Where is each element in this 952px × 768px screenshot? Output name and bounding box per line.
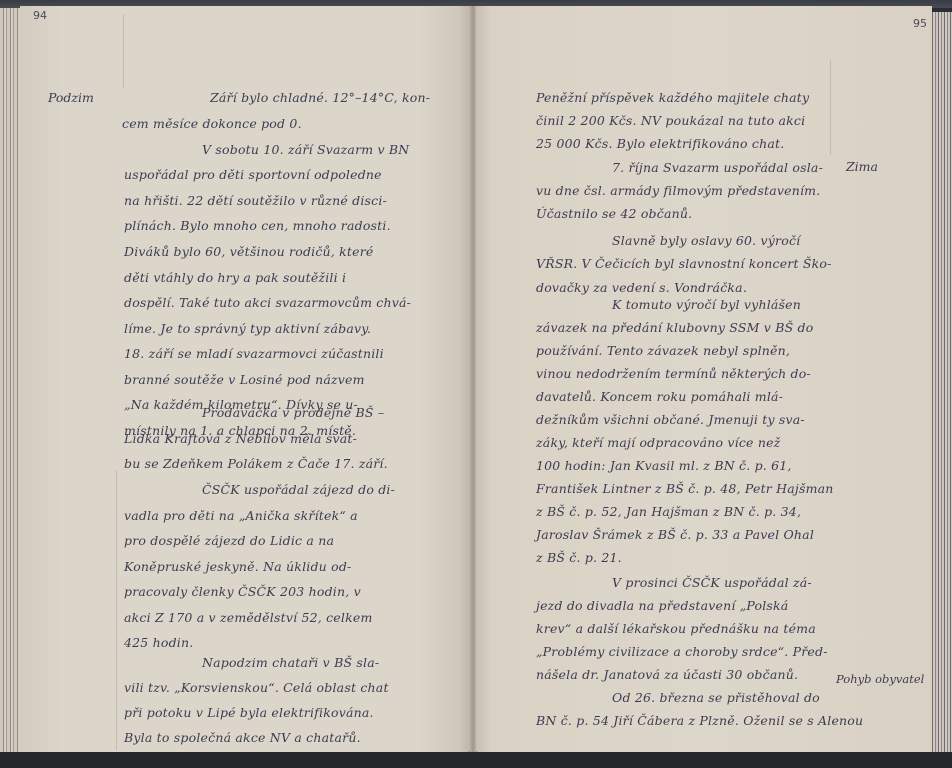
text-line: cem měsíce dokonce pod 0. <box>122 116 302 131</box>
text-line: bu se Zdeňkem Polákem z Čače 17. září. <box>124 456 388 471</box>
text-line: závazek na předání klubovny SSM v BŠ do <box>536 320 813 335</box>
text-line: „Problémy civilizace a choroby srdce“. P… <box>536 644 828 659</box>
text-line: jezd do divadla na představení „Polská <box>536 598 788 613</box>
text-line: dežníkům všichni občané. Jmenuji ty sva- <box>536 412 805 427</box>
text-line: V prosinci ČSČK uspořádal zá- <box>612 575 812 590</box>
text-line: Od 26. března se přistěhoval do <box>612 690 820 705</box>
text-line: Peněžní příspěvek každého majitele chaty <box>536 90 809 105</box>
book-cover-bottom <box>0 752 952 768</box>
text-line: vili tzv. „Korsvienskou“. Celá oblast ch… <box>124 680 389 695</box>
text-line: krev“ a další lékařskou přednášku na tém… <box>536 621 816 636</box>
text-line: Prodavačka v prodejně BŠ – <box>202 405 384 420</box>
text-line: vadla pro děti na „Anička skřítek“ a <box>124 508 358 523</box>
text-line: dospělí. Také tuto akci svazarmovcům chv… <box>124 295 411 310</box>
text-line: z BŠ č. p. 21. <box>536 550 622 565</box>
text-line: pro dospělé zájezd do Lidic a na <box>124 533 334 548</box>
text-line: 425 hodin. <box>124 635 193 650</box>
text-line: VŘSR. V Čečicích byl slavnostní koncert … <box>536 256 832 271</box>
text-line: plínách. Bylo mnoho cen, mnoho radosti. <box>124 218 391 233</box>
text-line: vu dne čsl. armády filmovým představením… <box>536 183 820 198</box>
text-line: Napodzim chataři v BŠ sla- <box>202 655 379 670</box>
book-gutter <box>470 6 476 752</box>
margin-note-autumn: Podzim <box>48 90 94 105</box>
margin-note-winter: Zima <box>846 159 878 174</box>
margin-note-population-movement: Pohyb obyvatel <box>836 672 924 686</box>
text-line: Slavně byly oslavy 60. výročí <box>612 233 800 248</box>
text-line: činil 2 200 Kčs. NV poukázal na tuto akc… <box>536 113 805 128</box>
text-line: pracovaly členky ČSČK 203 hodin, v <box>124 584 361 599</box>
page-number-right: 95 <box>913 17 927 30</box>
text-line: záky, kteří mají odpracováno více než <box>536 435 780 450</box>
text-line: Jaroslav Šrámek z BŠ č. p. 33 a Pavel Oh… <box>536 527 814 542</box>
left-page-stack <box>0 8 22 752</box>
text-line: používání. Tento závazek nebyl splněn, <box>536 343 790 358</box>
text-line: davatelů. Koncem roku pomáhali mlá- <box>536 389 783 404</box>
text-line: Lidka Kraftová z Nebílov měla svat- <box>124 431 357 446</box>
open-ledger-book: 94 Podzim Září bylo chladné. 12°–14°C, k… <box>0 0 952 768</box>
text-line: nášela dr. Janatová za účasti 30 občanů. <box>536 667 798 682</box>
right-margin-rule <box>830 60 831 155</box>
right-page-stack <box>930 12 952 752</box>
text-line: akci Z 170 a v zemědělství 52, celkem <box>124 610 373 625</box>
text-line: při potoku v Lipé byla elektrifikována. <box>124 705 374 720</box>
left-margin-rule-lower <box>116 470 117 750</box>
text-line: 7. října Svazarm uspořádal osla- <box>612 160 823 175</box>
text-line: 18. září se mladí svazarmovci zúčastnili <box>124 346 384 361</box>
text-line: BN č. p. 54 Jiří Čábera z Plzně. Oženil … <box>536 713 863 728</box>
text-line: František Lintner z BŠ č. p. 48, Petr Ha… <box>536 481 834 496</box>
text-line: líme. Je to správný typ aktivní zábavy. <box>124 321 371 336</box>
text-line: Účastnilo se 42 občanů. <box>536 206 692 221</box>
text-line: Koněpruské jeskyně. Na úklidu od- <box>124 559 351 574</box>
text-line: uspořádal pro děti sportovní odpoledne <box>124 167 382 182</box>
text-line: 100 hodin: Jan Kvasil ml. z BN č. p. 61, <box>536 458 792 473</box>
text-line: Byla to společná akce NV a chatařů. <box>124 730 361 745</box>
text-line: V sobotu 10. září Svazarm v BN <box>202 142 409 157</box>
text-line: Diváků bylo 60, většinou rodičů, které <box>124 244 374 259</box>
text-line: 25 000 Kčs. Bylo elektrifikováno chat. <box>536 136 784 151</box>
text-line: K tomuto výročí byl vyhlášen <box>612 297 801 312</box>
text-line: děti vtáhly do hry a pak soutěžili i <box>124 270 346 285</box>
text-line: z BŠ č. p. 52, Jan Hajšman z BN č. p. 34… <box>536 504 801 519</box>
text-line: vinou nedodržením termínů některých do- <box>536 366 811 381</box>
page-number-left: 94 <box>33 9 47 22</box>
text-line: na hřišti. 22 dětí soutěžilo v různé dis… <box>124 193 387 208</box>
text-line: Září bylo chladné. 12°–14°C, kon- <box>210 90 430 105</box>
text-line: branné soutěže v Losiné pod názvem <box>124 372 365 387</box>
left-margin-rule <box>123 14 124 88</box>
text-line: dovačky za vedení s. Vondráčka. <box>536 280 747 295</box>
text-line: ČSČK uspořádal zájezd do di- <box>202 482 395 497</box>
